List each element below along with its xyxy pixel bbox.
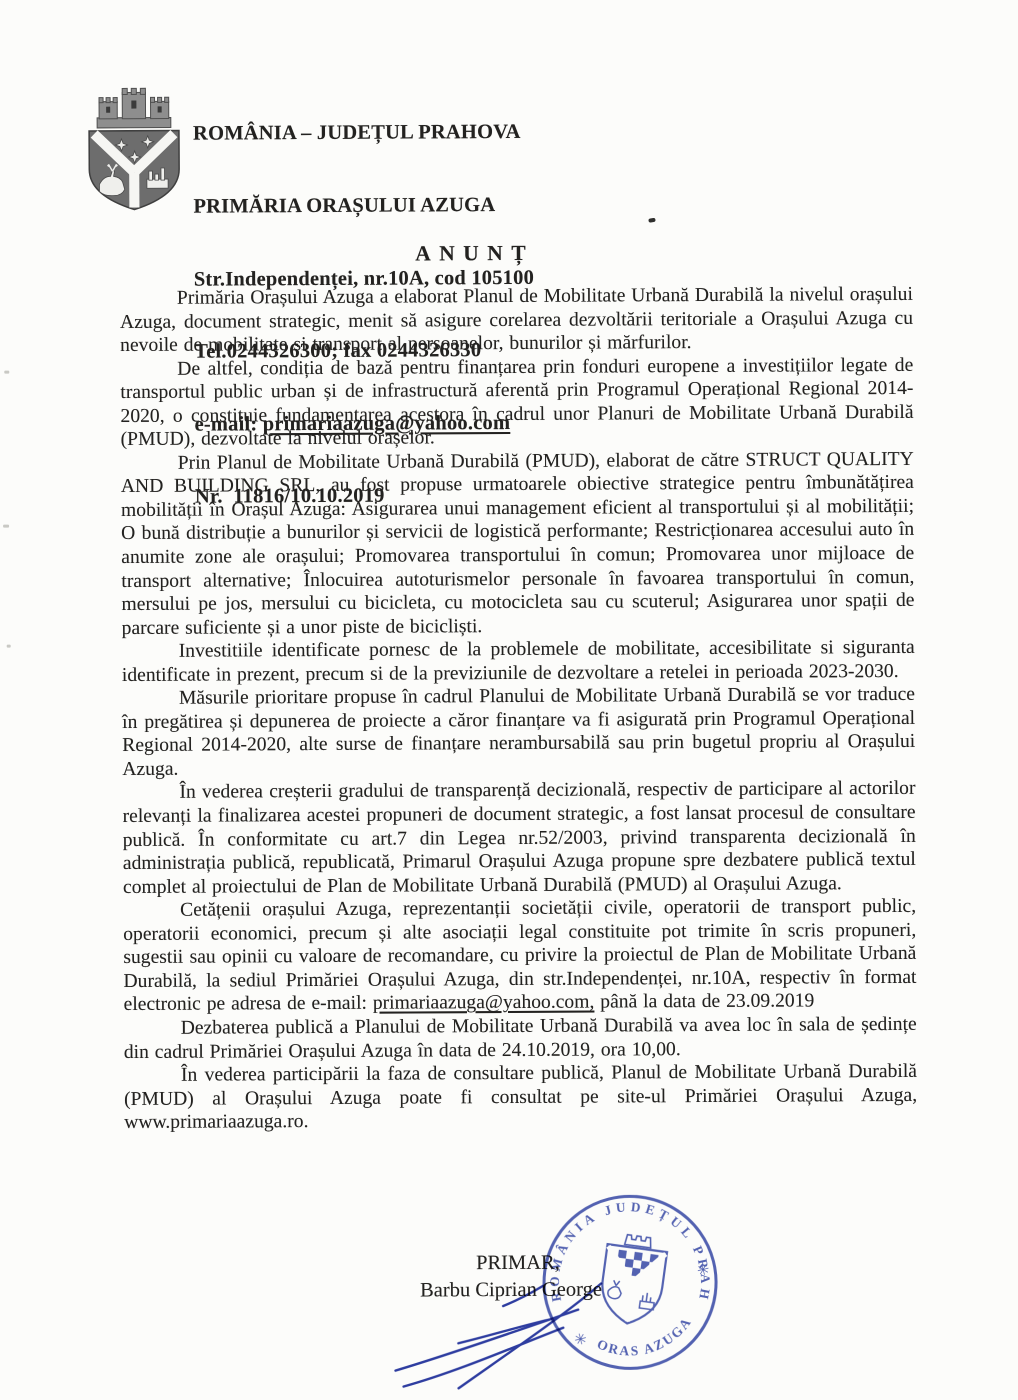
paragraph: Primăria Orașului Azuga a elaborat Planu… bbox=[120, 283, 913, 358]
stamp-bottom-text: ORAS AZUGA bbox=[592, 1311, 700, 1368]
paragraph-text: până la data de 23.09.2019 bbox=[594, 991, 814, 1013]
svg-text:ORAS AZUGA: ORAS AZUGA bbox=[592, 1311, 700, 1368]
institution-line: PRIMĂRIA ORAȘULUI AZUGA bbox=[193, 192, 753, 219]
paragraph: Cetățenii orașului Azuga, reprezentanții… bbox=[123, 895, 917, 1017]
mural-crown-icon bbox=[97, 88, 171, 128]
stamp-star-left-icon: ✳ bbox=[573, 1331, 589, 1350]
scan-artifact bbox=[4, 371, 9, 374]
letterhead: ROMÂNIA – JUDEȚUL PRAHOVA PRIMĂRIA ORAȘU… bbox=[0, 0, 1014, 3]
stamp-top-text: ROMÂNIA JUDEȚUL PRAHOVA bbox=[529, 1181, 721, 1343]
paragraph: În vederea participării la faza de consu… bbox=[124, 1060, 917, 1135]
paragraph: De altfel, condiția de bază pentru finan… bbox=[120, 354, 913, 452]
paragraph-text: De altfel, condiția de bază pentru finan… bbox=[120, 355, 913, 451]
paragraph-text: Primăria Orașului Azuga a elaborat Planu… bbox=[120, 284, 913, 356]
body-email-link[interactable]: primariaazuga@yahoo.com, bbox=[373, 992, 595, 1014]
scan-artifact bbox=[7, 645, 11, 648]
country-line: ROMÂNIA – JUDEȚUL PRAHOVA bbox=[193, 119, 753, 146]
paragraph-text: În vederea participării la faza de consu… bbox=[124, 1061, 917, 1133]
stamp-coat-of-arms bbox=[597, 1232, 668, 1327]
official-round-stamp: ROMÂNIA JUDEȚUL PRAHOVA ORAS AZUGA ✳ ✳ bbox=[510, 1163, 749, 1400]
scan-artifact bbox=[3, 525, 9, 528]
paragraph-text: Măsurile prioritare propuse în cadrul Pl… bbox=[122, 684, 915, 780]
paragraph-text: În vederea creșterii gradului de transpa… bbox=[123, 778, 916, 897]
paragraph: Prin Planul de Mobilitate Urbană Durabil… bbox=[121, 448, 915, 641]
paragraph-text: Investitiile identificate pornesc de la … bbox=[122, 637, 915, 686]
scan-content: ROMÂNIA – JUDEȚUL PRAHOVA PRIMĂRIA ORAȘU… bbox=[0, 0, 1018, 1400]
paragraph: Dezbaterea publică a Planului de Mobilit… bbox=[124, 1013, 917, 1064]
paragraph: Investitiile identificate pornesc de la … bbox=[122, 636, 915, 687]
document-body: Primăria Orașului Azuga a elaborat Planu… bbox=[120, 283, 917, 1135]
svg-text:ROMÂNIA JUDEȚUL PRAHOVA: ROMÂNIA JUDEȚUL PRAHOVA bbox=[529, 1181, 721, 1343]
paragraph: În vederea creșterii gradului de transpa… bbox=[122, 777, 916, 899]
scanned-document-page: ROMÂNIA – JUDEȚUL PRAHOVA PRIMĂRIA ORAȘU… bbox=[0, 0, 1018, 1400]
document-title: ANUNȚ bbox=[120, 239, 830, 268]
paragraph-text: Dezbaterea publică a Planului de Mobilit… bbox=[124, 1014, 917, 1063]
paragraph-text: Prin Planul de Mobilitate Urbană Durabil… bbox=[121, 449, 915, 639]
coat-of-arms-logo bbox=[81, 86, 188, 214]
paragraph: Măsurile prioritare propuse în cadrul Pl… bbox=[122, 683, 915, 781]
